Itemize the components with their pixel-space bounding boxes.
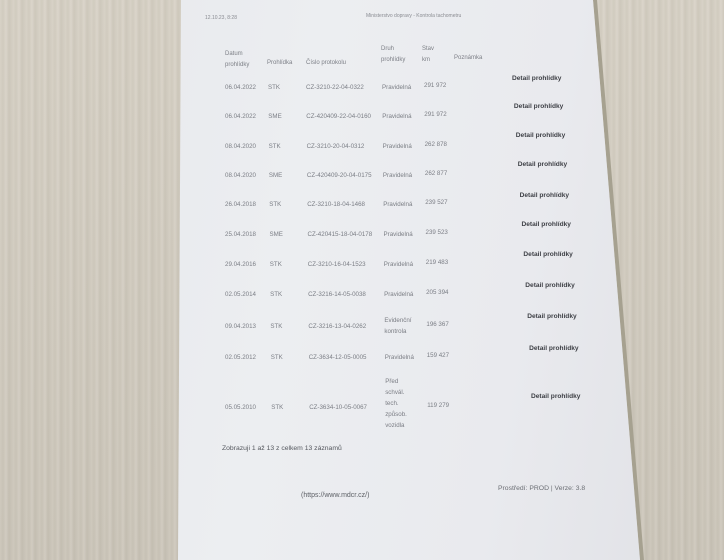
cell-protocol-number: CZ-3216-13-04-0262: [308, 321, 366, 332]
detail-inspection-link[interactable]: Detail prohlídky: [514, 103, 563, 110]
cell-inspection-kind: Pravidelná: [382, 82, 411, 93]
cell-date: 08.04.2020: [225, 170, 256, 181]
detail-inspection-link[interactable]: Detail prohlídky: [520, 192, 569, 199]
cell-inspection-type: STK: [270, 289, 282, 300]
cell-protocol-number: CZ-3210-18-04-1468: [307, 199, 365, 210]
print-date: 12.10.23, 8:28: [205, 15, 237, 21]
cell-protocol-number: CZ-420415-18-04-0178: [308, 229, 373, 240]
cell-protocol-number: CZ-420409-22-04-0160: [306, 111, 371, 122]
cell-odometer-km: 291 972: [424, 109, 446, 120]
detail-inspection-link[interactable]: Detail prohlídky: [525, 282, 574, 289]
cell-inspection-type: STK: [268, 82, 280, 93]
cell-date: 06.04.2022: [225, 111, 256, 122]
cell-date: 08.04.2020: [225, 141, 256, 152]
cell-inspection-type: SME: [269, 170, 282, 181]
cell-protocol-number: CZ-3634-12-05-0005: [309, 352, 367, 363]
cell-inspection-kind: Pravidelná: [383, 199, 412, 210]
cell-inspection-kind: Pravidelná: [384, 229, 413, 240]
cell-inspection-type: STK: [269, 199, 281, 210]
column-header-inspection: Prohlídka: [267, 58, 292, 69]
column-header-kind: Druh prohlídky: [381, 44, 415, 66]
column-header-km: Stav km: [422, 44, 438, 66]
cell-date: 06.04.2022: [225, 82, 256, 93]
cell-inspection-type: SME: [268, 111, 281, 122]
cell-odometer-km: 159 427: [427, 350, 449, 361]
cell-odometer-km: 239 527: [425, 197, 447, 208]
cell-inspection-type: STK: [270, 321, 282, 332]
cell-inspection-kind: Evidenční kontrola: [384, 315, 416, 337]
cell-odometer-km: 262 878: [425, 139, 447, 150]
cell-date: 26.04.2018: [225, 199, 256, 210]
cell-protocol-number: CZ-3210-22-04-0322: [306, 82, 364, 93]
page-title: Ministerstvo dopravy - Kontrola tachomet…: [366, 13, 461, 19]
environment-version: Prostředí: PROD | Verze: 3.8: [498, 485, 585, 492]
cell-inspection-kind: Pravidelná: [384, 259, 413, 270]
cell-inspection-kind: Před schvál. tech. způsob. vozidla: [385, 376, 407, 431]
detail-inspection-link[interactable]: Detail prohlídky: [516, 132, 565, 139]
document: 12.10.23, 8:28 Ministerstvo dopravy - Ko…: [0, 0, 724, 560]
cell-inspection-kind: Pravidelná: [385, 352, 414, 363]
detail-inspection-link[interactable]: Detail prohlídky: [523, 251, 572, 258]
records-summary: Zobrazuji 1 až 13 z celkem 13 záznamů: [222, 445, 342, 452]
cell-protocol-number: CZ-420409-20-04-0175: [307, 170, 372, 181]
column-header-protocol: Číslo protokolu: [306, 58, 346, 69]
cell-inspection-type: SME: [270, 229, 283, 240]
cell-date: 05.05.2010: [225, 402, 256, 413]
cell-odometer-km: 239 523: [426, 227, 448, 238]
cell-odometer-km: 196 367: [426, 319, 448, 330]
cell-protocol-number: CZ-3634-10-05-0067: [309, 402, 367, 413]
cell-protocol-number: CZ-3210-16-04-1523: [308, 259, 366, 270]
cell-inspection-type: STK: [269, 141, 281, 152]
cell-odometer-km: 205 394: [426, 287, 448, 298]
detail-inspection-link[interactable]: Detail prohlídky: [531, 393, 580, 400]
detail-inspection-link[interactable]: Detail prohlídky: [512, 75, 561, 82]
cell-odometer-km: 291 972: [424, 80, 446, 91]
detail-inspection-link[interactable]: Detail prohlídky: [518, 161, 567, 168]
cell-inspection-kind: Pravidelná: [383, 141, 412, 152]
cell-inspection-type: STK: [271, 402, 283, 413]
cell-inspection-kind: Pravidelná: [383, 170, 412, 181]
cell-protocol-number: CZ-3210-20-04-0312: [307, 141, 365, 152]
column-header-note: Poznámka: [454, 53, 482, 64]
cell-date: 09.04.2013: [225, 321, 256, 332]
detail-inspection-link[interactable]: Detail prohlídky: [529, 345, 578, 352]
cell-date: 29.04.2016: [225, 259, 256, 270]
cell-odometer-km: 262 877: [425, 168, 447, 179]
ministry-url: (https://www.mdcr.cz/): [301, 492, 369, 499]
cell-inspection-kind: Pravidelná: [382, 111, 411, 122]
cell-date: 25.04.2018: [225, 229, 256, 240]
detail-inspection-link[interactable]: Detail prohlídky: [522, 221, 571, 228]
cell-date: 02.05.2012: [225, 352, 256, 363]
column-header-date: Datum prohlídky: [225, 49, 261, 71]
cell-inspection-kind: Pravidelná: [384, 289, 413, 300]
cell-odometer-km: 119 279: [427, 400, 449, 411]
cell-inspection-type: STK: [271, 352, 283, 363]
cell-protocol-number: CZ-3216-14-05-0038: [308, 289, 366, 300]
cell-inspection-type: STK: [270, 259, 282, 270]
cell-date: 02.05.2014: [225, 289, 256, 300]
cell-odometer-km: 219 483: [426, 257, 448, 268]
detail-inspection-link[interactable]: Detail prohlídky: [527, 313, 576, 320]
